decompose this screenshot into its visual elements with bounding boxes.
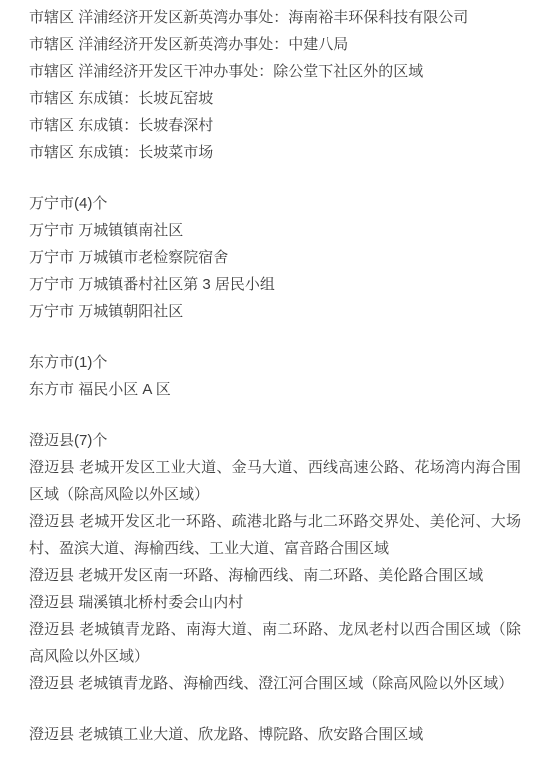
list-item: 澄迈县 老城开发区工业大道、金马大道、西线高速公路、花场湾内海合围区域（除高风险…	[29, 454, 521, 508]
list-item: 市辖区 洋浦经济开发区新英湾办事处：海南裕丰环保科技有限公司	[29, 4, 521, 31]
area-description: 老城开发区南一环路、海榆西线、南二环路、美伦路合围区域	[78, 567, 483, 584]
region-label: 市辖区	[29, 117, 74, 134]
list-item: 万宁市 万城镇朝阳社区	[29, 298, 521, 325]
region-label: 市辖区	[29, 36, 74, 53]
list-item: 澄迈县 老城镇青龙路、南海大道、南二环路、龙凤老村以西合围区域（除高风险以外区域…	[29, 616, 521, 670]
list-item: 万宁市 万城镇市老检察院宿舍	[29, 244, 521, 271]
area-description: 老城镇工业大道、欣龙路、博院路、欣安路合围区域	[78, 726, 423, 743]
region-label: 万宁市	[29, 276, 74, 293]
region-label: 万宁市	[29, 249, 74, 266]
area-description: 老城开发区工业大道、金马大道、西线高速公路、花场湾内海合围区域（除高风险以外区域…	[29, 459, 521, 503]
area-description: 老城镇青龙路、海榆西线、澄江河合围区域（除高风险以外区域）	[78, 675, 513, 692]
list-item: 万宁市 万城镇镇南社区	[29, 217, 521, 244]
area-description: 万城镇镇南社区	[78, 222, 183, 239]
list-item: 澄迈县 老城镇青龙路、海榆西线、澄江河合围区域（除高风险以外区域）	[29, 670, 521, 697]
area-description: 万城镇朝阳社区	[78, 303, 183, 320]
area-description: 东成镇：长坡菜市场	[78, 144, 213, 161]
section-header: 东方市(1)个	[29, 349, 521, 376]
list-item: 万宁市 万城镇番村社区第 3 居民小组	[29, 271, 521, 298]
list-item: 澄迈县 瑞溪镇北桥村委会山内村	[29, 589, 521, 616]
area-description: 洋浦经济开发区新英湾办事处：海南裕丰环保科技有限公司	[78, 9, 468, 26]
region-section: 澄迈县(7)个澄迈县 老城开发区工业大道、金马大道、西线高速公路、花场湾内海合围…	[29, 427, 521, 697]
region-label: 澄迈县	[29, 459, 75, 476]
list-item: 澄迈县 老城开发区北一环路、疏港北路与北二环路交界处、美伦河、大场村、盈滨大道、…	[29, 508, 521, 562]
section-header: 澄迈县(7)个	[29, 427, 521, 454]
region-label: 澄迈县	[29, 726, 74, 743]
area-description: 东成镇：长坡春深村	[78, 117, 213, 134]
region-label: 万宁市	[29, 303, 74, 320]
region-section: 万宁市(4)个万宁市 万城镇镇南社区万宁市 万城镇市老检察院宿舍万宁市 万城镇番…	[29, 190, 521, 325]
region-label: 澄迈县	[29, 621, 75, 638]
region-label: 澄迈县	[29, 675, 74, 692]
region-label: 市辖区	[29, 90, 74, 107]
list-item: 市辖区 洋浦经济开发区干冲办事处：除公堂下社区外的区域	[29, 58, 521, 85]
section-header: 万宁市(4)个	[29, 190, 521, 217]
region-label: 市辖区	[29, 144, 74, 161]
area-description: 洋浦经济开发区干冲办事处：除公堂下社区外的区域	[78, 63, 423, 80]
region-section: 市辖区 洋浦经济开发区新英湾办事处：海南裕丰环保科技有限公司市辖区 洋浦经济开发…	[29, 4, 521, 166]
area-description: 老城开发区北一环路、疏港北路与北二环路交界处、美伦河、大场村、盈滨大道、海榆西线…	[29, 513, 521, 557]
region-label: 东方市	[29, 381, 74, 398]
risk-area-list: 市辖区 洋浦经济开发区新英湾办事处：海南裕丰环保科技有限公司市辖区 洋浦经济开发…	[0, 0, 547, 748]
region-label: 市辖区	[29, 63, 74, 80]
list-item: 市辖区 东成镇：长坡菜市场	[29, 139, 521, 166]
region-label: 澄迈县	[29, 513, 75, 530]
area-description: 万城镇市老检察院宿舍	[78, 249, 228, 266]
region-label: 澄迈县	[29, 567, 74, 584]
region-label: 澄迈县	[29, 594, 74, 611]
list-item: 澄迈县 老城镇工业大道、欣龙路、博院路、欣安路合围区域	[29, 721, 521, 748]
region-label: 万宁市	[29, 222, 74, 239]
list-item: 市辖区 东成镇：长坡瓦窑坡	[29, 85, 521, 112]
region-label: 市辖区	[29, 9, 74, 26]
list-item: 东方市 福民小区 A 区	[29, 376, 521, 403]
area-description: 万城镇番村社区第 3 居民小组	[78, 276, 275, 293]
list-item: 市辖区 东成镇：长坡春深村	[29, 112, 521, 139]
area-description: 洋浦经济开发区新英湾办事处：中建八局	[78, 36, 348, 53]
area-description: 东成镇：长坡瓦窑坡	[78, 90, 213, 107]
list-item: 市辖区 洋浦经济开发区新英湾办事处：中建八局	[29, 31, 521, 58]
area-description: 老城镇青龙路、南海大道、南二环路、龙凤老村以西合围区域（除高风险以外区域）	[29, 621, 521, 665]
list-item: 澄迈县 老城开发区南一环路、海榆西线、南二环路、美伦路合围区域	[29, 562, 521, 589]
area-description: 福民小区 A 区	[78, 381, 171, 398]
region-section: 东方市(1)个东方市 福民小区 A 区	[29, 349, 521, 403]
region-section: 澄迈县 老城镇工业大道、欣龙路、博院路、欣安路合围区域	[29, 721, 521, 748]
area-description: 瑞溪镇北桥村委会山内村	[78, 594, 243, 611]
